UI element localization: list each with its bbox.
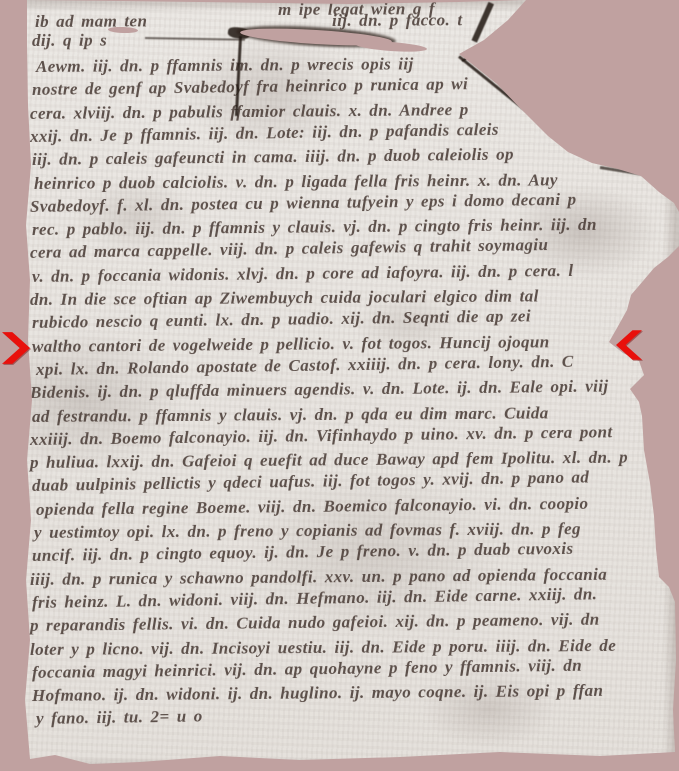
- parchment: m ipe legat wien g fib ad mam teniij. dn…: [0, 0, 679, 771]
- manuscript-header-fragment: iij. dn. p facco. t: [332, 10, 463, 31]
- manuscript-line: Svabedoyf. f. xl. dn. postea cu p wienna…: [30, 190, 577, 217]
- manuscript-line: iij. dn. p caleis gafeuncti in cama. iii…: [32, 145, 514, 170]
- manuscript-line: cera. xlviij. dn. p pabulis ffamior clau…: [30, 100, 469, 124]
- manuscript-photo: m ipe legat wien g fib ad mam teniij. dn…: [0, 0, 679, 771]
- manuscript-line: Hofmano. ij. dn. widoni. ij. dn. huglino…: [32, 681, 604, 706]
- manuscript-line: p reparandis fellis. vi. dn. Cuida nudo …: [30, 610, 600, 636]
- manuscript-line: uncif. iij. dn. p cingto equoy. ij. dn. …: [32, 539, 574, 566]
- manuscript-line: v. dn. p foccania widonis. xlvj. dn. p c…: [32, 261, 574, 287]
- manuscript-line: cera ad marca cappelle. viij. dn. p cale…: [30, 235, 549, 263]
- right-pointer-icon: [616, 330, 642, 360]
- left-pointer-icon: [2, 331, 30, 365]
- manuscript-line: nostre de genf ap Svabedoyf fra heinrico…: [32, 75, 468, 101]
- manuscript-line: xxij. dn. Je p ffamnis. iij. dn. Lote: i…: [30, 120, 499, 147]
- manuscript-line: Bidenis. ij. dn. p qluffda minuers agend…: [30, 377, 609, 403]
- manuscript-line: opienda fella regine Boeme. viij. dn. Bo…: [36, 494, 589, 520]
- manuscript-line: Aewm. iij. dn. p ffamnis im. dn. p wreci…: [36, 54, 414, 77]
- manuscript-line: y fano. iij. tu. 2= u o: [36, 707, 203, 730]
- manuscript-line: rubicdo nescio q eunti. lx. dn. p uadio.…: [32, 307, 531, 334]
- manuscript-line: foccania magyi heinrici. vij. dn. ap quo…: [32, 656, 582, 683]
- manuscript-line: heinrico p duob calciolis. v. dn. p liga…: [34, 170, 558, 194]
- manuscript-header-fragment: dij. q ip s: [32, 31, 107, 51]
- manuscript-text-layer: m ipe legat wien g fib ad mam teniij. dn…: [0, 0, 679, 771]
- manuscript-line: ad festrandu. p ffamnis y clauis. vj. dn…: [32, 403, 549, 427]
